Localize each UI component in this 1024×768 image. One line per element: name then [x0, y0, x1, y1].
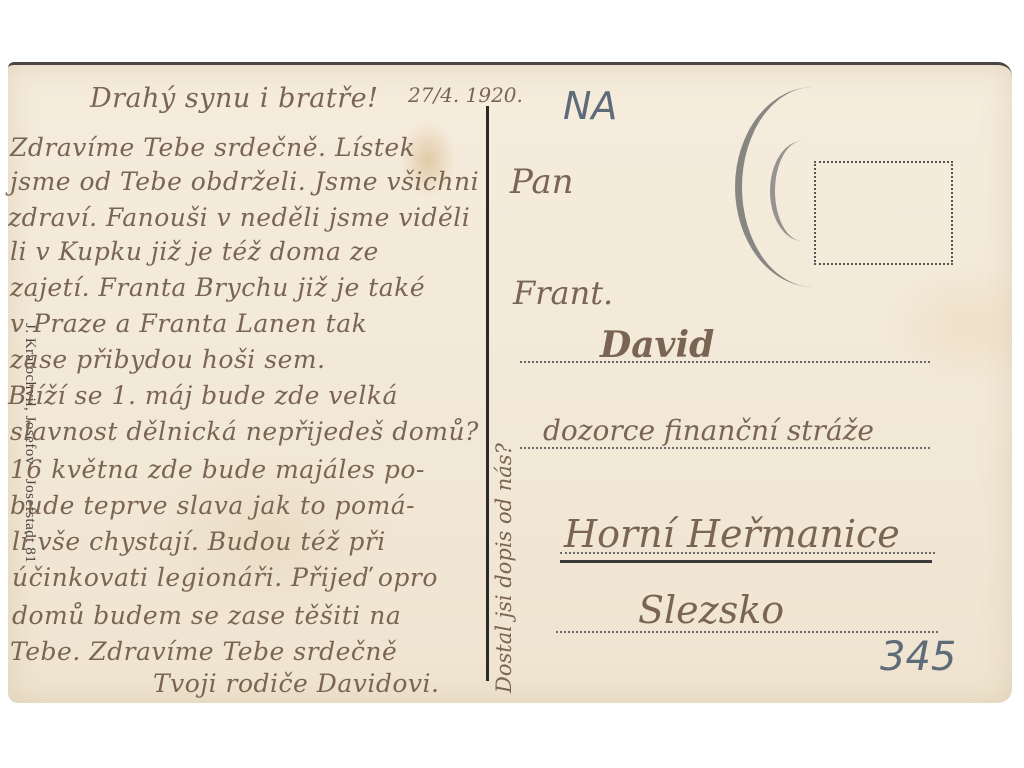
- address-separator: [560, 560, 932, 563]
- letter-line: zajetí. Franta Brychu již je také: [10, 275, 425, 300]
- address-surname: David: [600, 327, 714, 363]
- address-first-name: Frant.: [513, 277, 613, 309]
- letter-line: Blíží se 1. máj bude zde velká: [8, 383, 398, 408]
- letter-line: li vše chystají. Budou též při: [12, 529, 386, 554]
- divider-line: [486, 106, 489, 681]
- letter-line: účinkovati legionáři. Přijeď opro: [12, 565, 438, 590]
- letter-line: slavnost dělnická nepřijedeš domů?: [10, 419, 479, 444]
- letter-date: 27/4. 1920.: [408, 85, 523, 105]
- letter-line: zdraví. Fanouši v neděli jsme viděli: [8, 205, 470, 230]
- address-line-4: [556, 631, 938, 633]
- stamp-placeholder-box: [814, 161, 953, 265]
- address-line-1: [520, 361, 930, 363]
- letter-line: 16 května zde bude majáles po-: [10, 457, 425, 482]
- address-line-2: [520, 447, 930, 449]
- letter-line: jsme od Tebe obdrželi. Jsme všichni: [10, 169, 479, 194]
- address-salutation: Pan: [510, 165, 574, 199]
- address-line-3: [560, 552, 935, 554]
- letter-greeting: Drahý synu i bratře!: [90, 85, 378, 112]
- pencil-number: 345: [880, 637, 956, 677]
- pencil-initials: NA: [563, 87, 617, 125]
- address-region: Slezsko: [638, 591, 784, 629]
- postcard-back: J. Kratochvil, Josefov - Josefstadt 81 D…: [8, 62, 1012, 703]
- letter-line: li v Kupku již je též doma ze: [10, 239, 379, 264]
- letter-line: bude teprve slava jak to pomá-: [10, 493, 415, 518]
- letter-line: Tebe. Zdravíme Tebe srdečně: [10, 639, 397, 664]
- letter-signature: Tvoji rodiče Davidovi.: [153, 671, 439, 696]
- address-town: Horní Heřmanice: [564, 515, 900, 553]
- letter-line: zase přibydou hoši sem.: [10, 347, 326, 372]
- letter-line: Zdravíme Tebe srdečně. Lístek: [10, 135, 415, 160]
- address-title: dozorce finanční stráže: [543, 417, 874, 445]
- letter-line: v Praze a Franta Lanen tak: [10, 311, 367, 336]
- side-note: Dostal jsi dopis od nás?: [494, 443, 515, 693]
- letter-line: domů budem se zase těšiti na: [12, 603, 401, 628]
